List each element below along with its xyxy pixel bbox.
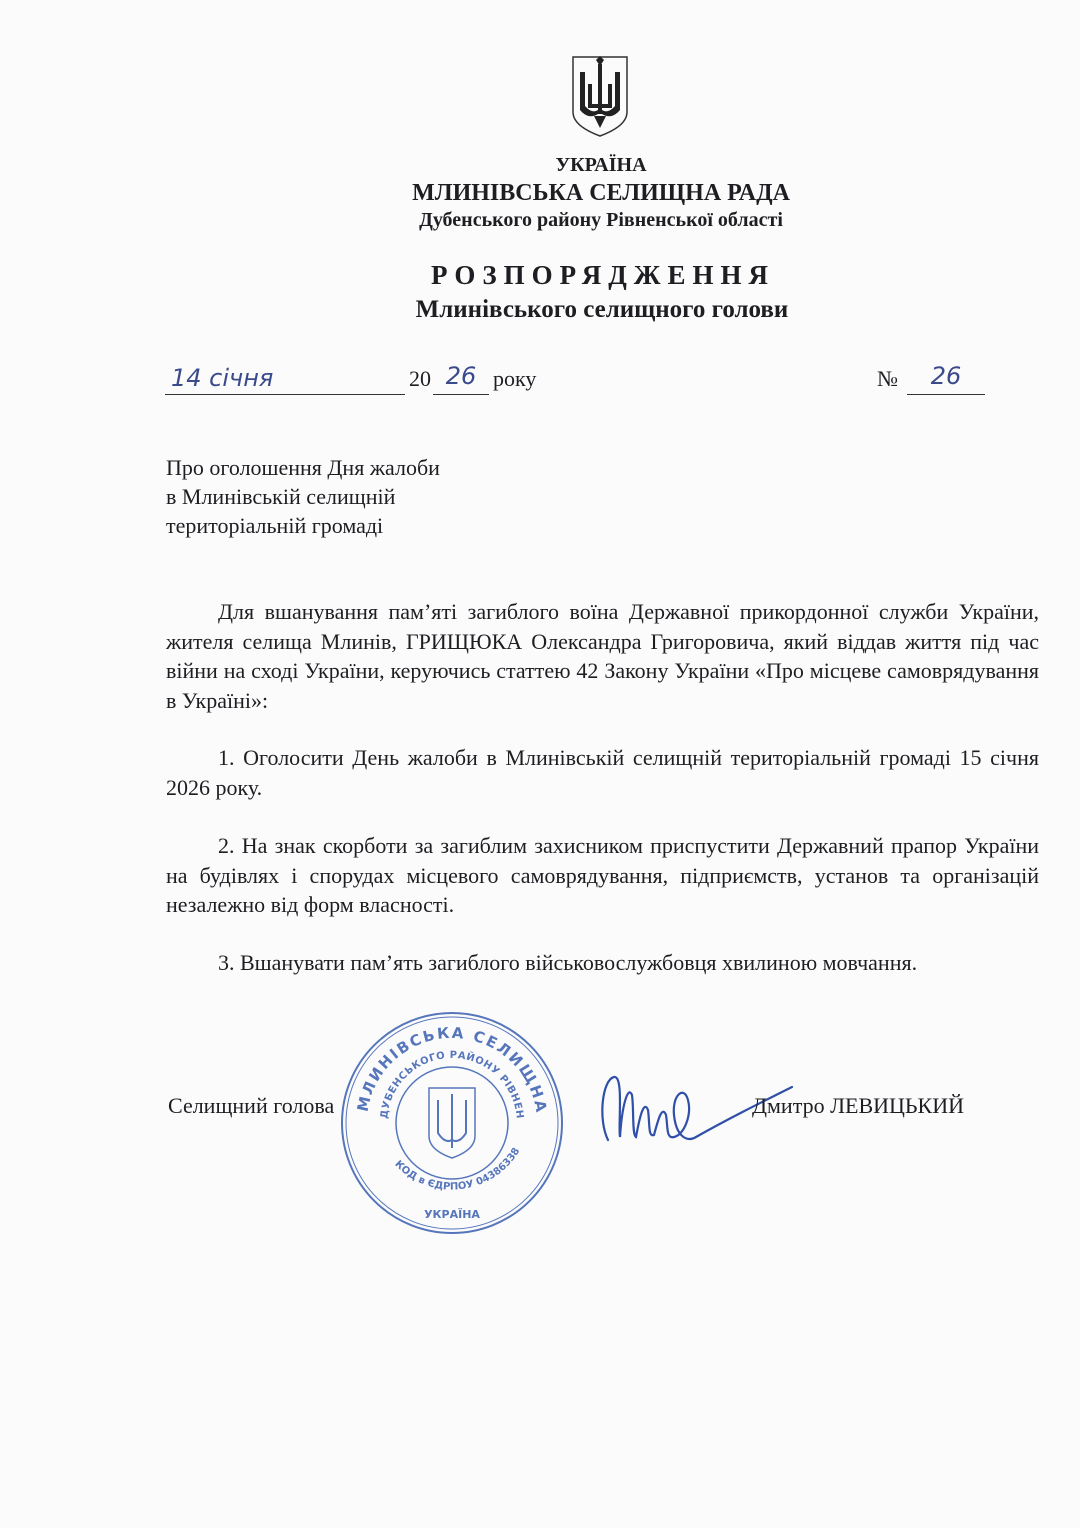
- signatory-title: Селищний голова: [168, 1093, 334, 1119]
- date-day-field: 14 січня: [165, 362, 405, 395]
- date-day-handwritten: 14 січня: [171, 364, 273, 392]
- document-page: УКРАЇНА МЛИНІВСЬКА СЕЛИЩНА РАДА Дубенськ…: [0, 0, 1080, 1528]
- subject-line: Про оголошення Дня жалоби: [166, 453, 440, 482]
- official-stamp-icon: МЛИНІВСЬКА СЕЛИЩНА РАДА ДУБЕНСЬКОГО РАЙО…: [337, 1008, 567, 1238]
- header-council: МЛИНІВСЬКА СЕЛИЩНА РАДА: [0, 180, 1080, 207]
- document-number: 26: [907, 362, 985, 395]
- order-item-3: 3. Вшанувати пам’ять загиблого військово…: [166, 948, 1039, 978]
- year-word: року: [493, 366, 536, 392]
- date-number-row: 14 січня 20 26 року № 26: [165, 362, 990, 402]
- year-prefix: 20: [409, 366, 431, 392]
- year-handwritten: 26: [433, 362, 489, 395]
- svg-text:КОД в ЄДРПОУ 04386338: КОД в ЄДРПОУ 04386338: [392, 1146, 522, 1193]
- preamble-paragraph: Для вшанування пам’яті загиблого воїна Д…: [166, 597, 1039, 715]
- order-item-1: 1. Оголосити День жалоби в Млинівській с…: [166, 743, 1039, 802]
- order-item-2: 2. На знак скорботи за загиблим захисник…: [166, 831, 1039, 920]
- header-country: УКРАЇНА: [0, 154, 1080, 177]
- coat-of-arms-icon: [570, 54, 630, 138]
- number-label: №: [877, 366, 898, 392]
- svg-text:УКРАЇНА: УКРАЇНА: [424, 1207, 480, 1221]
- subject-line: територіальній громаді: [166, 511, 440, 540]
- subject-line: в Млинівській селищній: [166, 482, 440, 511]
- document-type: РОЗПОРЯДЖЕННЯ: [0, 260, 1080, 291]
- signatory-name: Дмитро ЛЕВИЦЬКИЙ: [752, 1093, 964, 1119]
- header-district: Дубенського району Рівненської області: [0, 209, 1080, 232]
- document-issuer: Млинівського селищного голови: [0, 296, 1080, 324]
- document-subject: Про оголошення Дня жалоби в Млинівській …: [166, 453, 440, 540]
